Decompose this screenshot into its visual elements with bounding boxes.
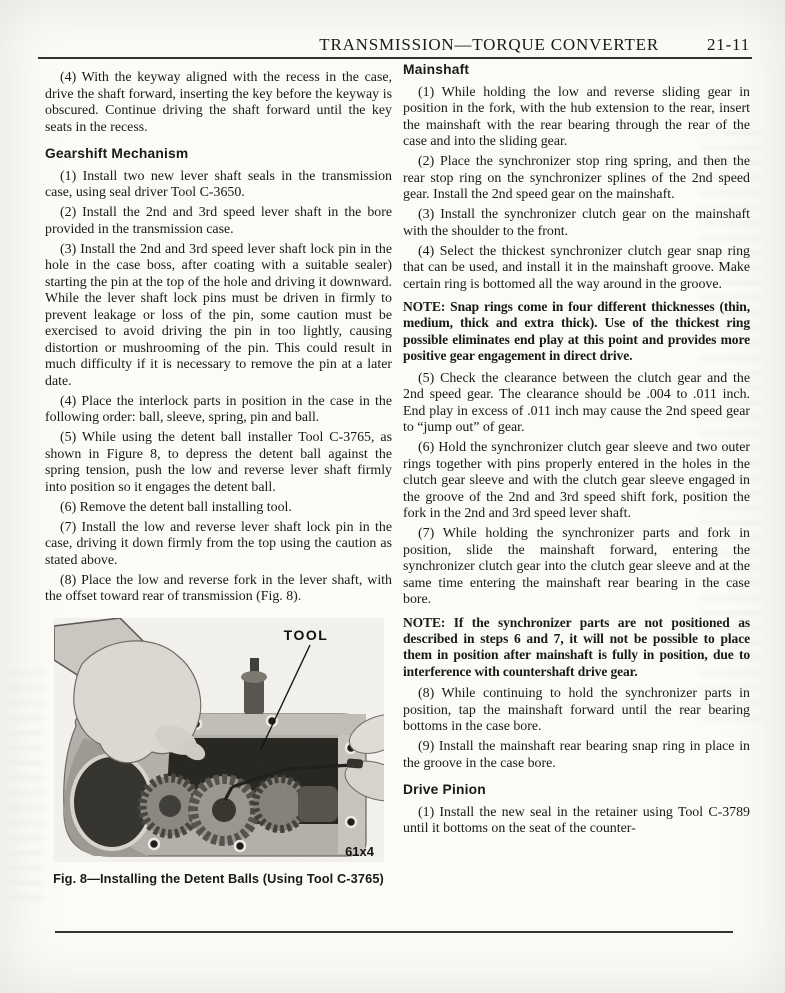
- right-column: Mainshaft (1) While holding the low and …: [403, 62, 750, 934]
- manual-page: TRANSMISSION—TORQUE CONVERTER 21-11 (4) …: [0, 0, 785, 993]
- paragraph: (9) Install the mainshaft rear bearing s…: [403, 739, 750, 772]
- page-title: TRANSMISSION—TORQUE CONVERTER: [319, 35, 659, 55]
- section-heading-mainshaft: Mainshaft: [403, 62, 750, 79]
- paragraph: (6) Hold the synchronizer clutch gear sl…: [403, 440, 750, 523]
- figure-8-caption: Fig. 8—Installing the Detent Balls (Usin…: [45, 871, 392, 886]
- paragraph: (4) Place the interlock parts in positio…: [45, 394, 392, 427]
- note-snap-rings: NOTE: Snap rings come in four different …: [403, 299, 750, 365]
- section-heading-drive-pinion: Drive Pinion: [403, 782, 750, 799]
- photo-grain: [54, 618, 384, 862]
- figure-8: TOOL 61x4 Fig. 8—Installing the Detent B…: [45, 618, 392, 886]
- paragraph: (5) While using the detent ball installe…: [45, 430, 392, 496]
- paragraph: (8) Place the low and reverse fork in th…: [45, 573, 392, 606]
- paragraph: (4) Select the thickest synchronizer clu…: [403, 244, 750, 294]
- paragraph: (2) Install the 2nd and 3rd speed lever …: [45, 205, 392, 238]
- page-number: 21-11: [707, 35, 750, 55]
- footer-rule: [55, 931, 733, 933]
- header-rule: [38, 57, 752, 59]
- section-heading-gearshift-mechanism: Gearshift Mechanism: [45, 146, 392, 163]
- paragraph: (1) Install the new seal in the retainer…: [403, 805, 750, 838]
- paragraph: (3) Install the synchronizer clutch gear…: [403, 207, 750, 240]
- paragraph: (4) With the keyway aligned with the rec…: [45, 70, 392, 136]
- paragraph: (7) While holding the synchronizer parts…: [403, 526, 750, 609]
- paragraph: (6) Remove the detent ball installing to…: [45, 500, 392, 517]
- paragraph: (2) Place the synchronizer stop ring spr…: [403, 154, 750, 204]
- paragraph: (5) Check the clearance between the clut…: [403, 371, 750, 437]
- scan-bleedthrough-noise: [8, 660, 44, 900]
- page-header: TRANSMISSION—TORQUE CONVERTER 21-11: [40, 35, 750, 55]
- paragraph: (7) Install the low and reverse lever sh…: [45, 520, 392, 570]
- paragraph: (3) Install the 2nd and 3rd speed lever …: [45, 242, 392, 391]
- paragraph: (8) While continuing to hold the synchro…: [403, 686, 750, 736]
- figure-8-photo: TOOL 61x4: [54, 618, 384, 862]
- paragraph: (1) While holding the low and reverse sl…: [403, 85, 750, 151]
- note-synchronizer-positioning: NOTE: If the synchronizer parts are not …: [403, 615, 750, 681]
- paragraph: (1) Install two new lever shaft seals in…: [45, 169, 392, 202]
- left-column: (4) With the keyway aligned with the rec…: [45, 70, 392, 886]
